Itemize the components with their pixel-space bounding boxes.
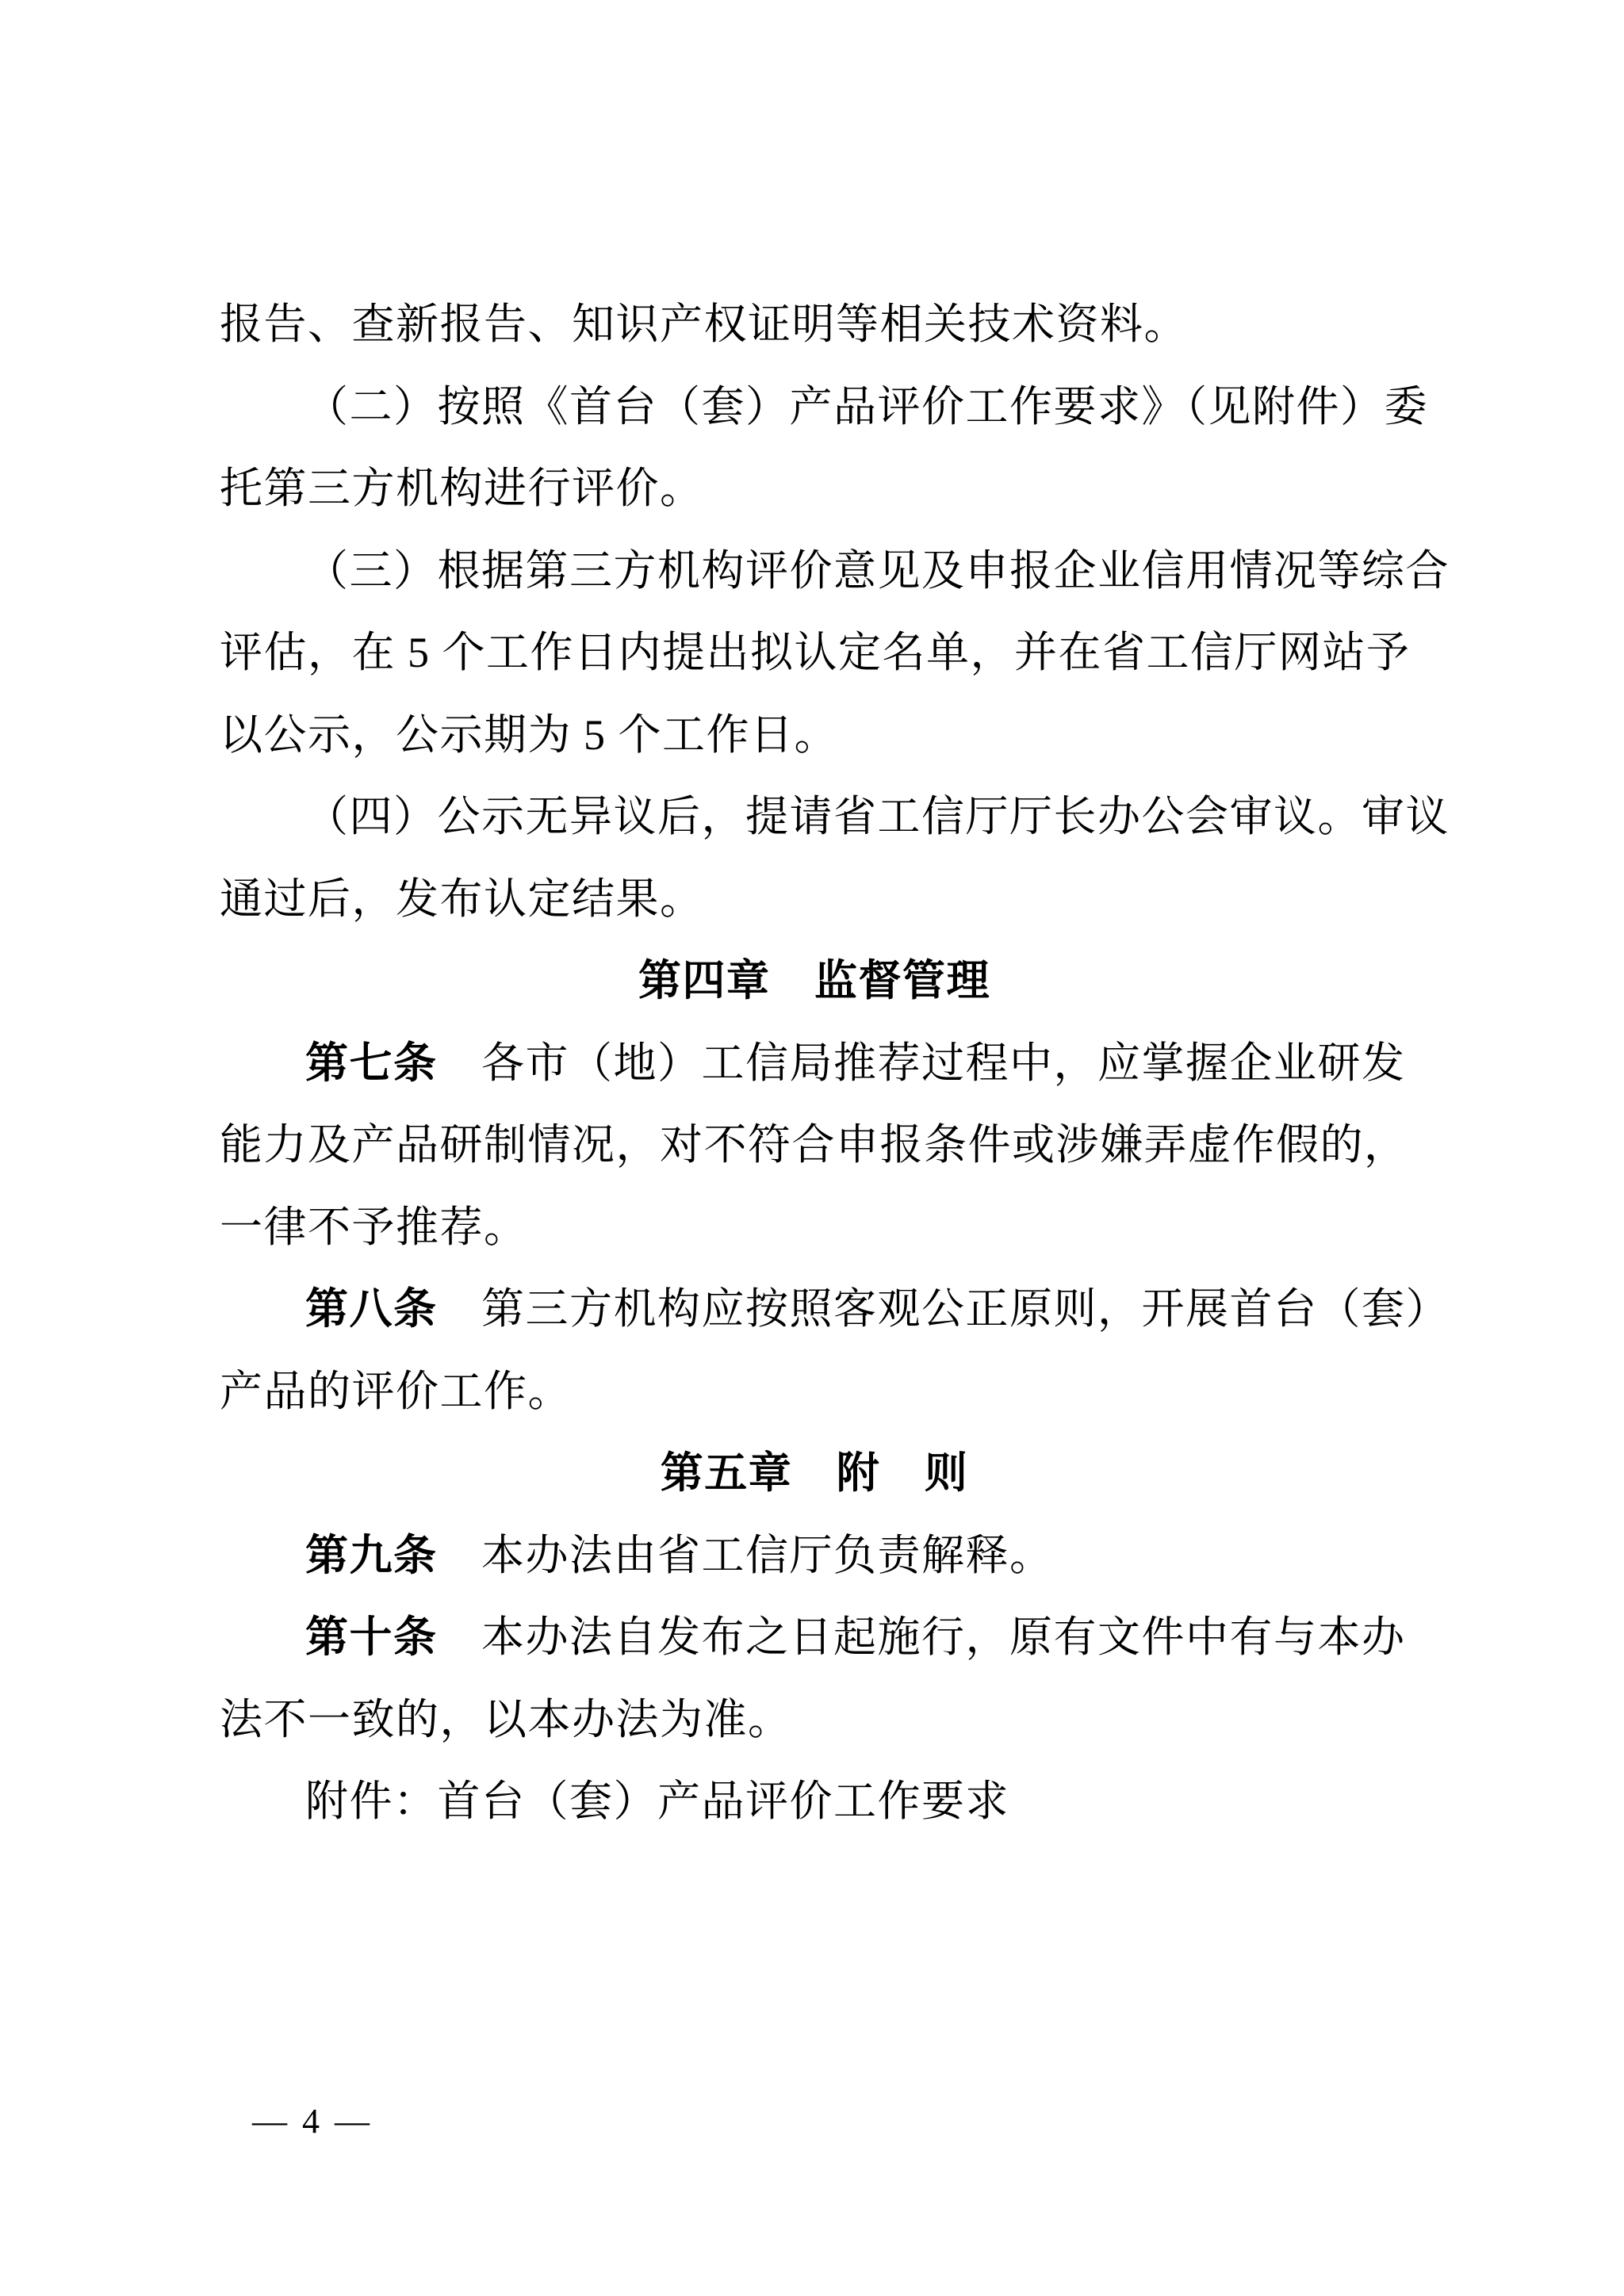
bold-text-segment: 第四章 监督管理 bbox=[638, 957, 990, 1004]
bold-text-segment: 第十条 bbox=[305, 1613, 438, 1661]
text-segment: 通过后，发布认定结果。 bbox=[220, 875, 704, 923]
text-segment: 法不一致的，以本办法为准。 bbox=[220, 1696, 792, 1743]
text-line: 以公示，公示期为 5 个工作日。 bbox=[220, 695, 1409, 777]
text-segment: （二）按照《首台（套）产品评价工作要求》（见附件）委 bbox=[305, 383, 1428, 430]
text-line: 第九条 本办法由省工信厅负责解释。 bbox=[220, 1515, 1409, 1598]
text-segment: 附件：首台（套）产品评价工作要求 bbox=[305, 1777, 1009, 1825]
text-line: 产品的评价工作。 bbox=[220, 1351, 1409, 1433]
document-page: 报告、查新报告、知识产权证明等相关技术资料。（二）按照《首台（套）产品评价工作要… bbox=[0, 0, 1624, 2296]
text-segment: 本办法自发布之日起施行，原有文件中有与本办 bbox=[438, 1613, 1406, 1661]
text-segment: 能力及产品研制情况，对不符合申报条件或涉嫌弄虚作假的， bbox=[220, 1121, 1408, 1169]
text-segment: 评估，在 5 个工作日内提出拟认定名单，并在省工信厅网站予 bbox=[220, 629, 1411, 676]
text-segment: 以公示，公示期为 5 个工作日。 bbox=[220, 711, 838, 759]
bold-text-segment: 第七条 bbox=[305, 1039, 438, 1087]
text-line: 托第三方机构进行评价。 bbox=[220, 448, 1409, 530]
text-line: 法不一致的，以本办法为准。 bbox=[220, 1679, 1409, 1762]
document-body: 报告、查新报告、知识产权证明等相关技术资料。（二）按照《首台（套）产品评价工作要… bbox=[220, 284, 1409, 1843]
text-line: 第十条 本办法自发布之日起施行，原有文件中有与本办 bbox=[220, 1597, 1409, 1679]
text-segment: 本办法由省工信厅负责解释。 bbox=[438, 1532, 1054, 1579]
text-line: 报告、查新报告、知识产权证明等相关技术资料。 bbox=[220, 284, 1409, 366]
text-segment: 报告、查新报告、知识产权证明等相关技术资料。 bbox=[220, 300, 1188, 348]
text-line: （四）公示无异议后，提请省工信厅厅长办公会审议。审议 bbox=[220, 776, 1409, 859]
text-line: 一律不予推荐。 bbox=[220, 1187, 1409, 1269]
text-line: 通过后，发布认定结果。 bbox=[220, 859, 1409, 941]
text-line: 附件：首台（套）产品评价工作要求 bbox=[220, 1761, 1409, 1843]
text-line: （二）按照《首台（套）产品评价工作要求》（见附件）委 bbox=[220, 366, 1409, 449]
text-segment: 产品的评价工作。 bbox=[220, 1368, 572, 1415]
text-segment: 第三方机构应按照客观公正原则，开展首台（套） bbox=[438, 1285, 1450, 1333]
text-line: 第八条 第三方机构应按照客观公正原则，开展首台（套） bbox=[220, 1269, 1409, 1351]
text-segment: 各市（地）工信局推荐过程中，应掌握企业研发 bbox=[438, 1039, 1406, 1087]
chapter-heading: 第四章 监督管理 bbox=[220, 940, 1409, 1023]
text-line: （三）根据第三方机构评价意见及申报企业信用情况等综合 bbox=[220, 530, 1409, 613]
text-segment: （三）根据第三方机构评价意见及申报企业信用情况等综合 bbox=[305, 547, 1450, 595]
bold-text-segment: 第九条 bbox=[305, 1532, 438, 1579]
bold-text-segment: 第八条 bbox=[305, 1285, 438, 1333]
text-segment: （四）公示无异议后，提请省工信厅厅长办公会审议。审议 bbox=[305, 793, 1450, 840]
text-segment: 一律不予推荐。 bbox=[220, 1203, 528, 1251]
text-line: 第七条 各市（地）工信局推荐过程中，应掌握企业研发 bbox=[220, 1023, 1409, 1105]
text-line: 评估，在 5 个工作日内提出拟认定名单，并在省工信厅网站予 bbox=[220, 612, 1409, 695]
text-line: 能力及产品研制情况，对不符合申报条件或涉嫌弄虚作假的， bbox=[220, 1104, 1409, 1187]
page-number: — 4 — bbox=[252, 2098, 373, 2145]
text-segment: 托第三方机构进行评价。 bbox=[220, 465, 704, 512]
bold-text-segment: 第五章 附 则 bbox=[661, 1449, 969, 1497]
chapter-heading: 第五章 附 则 bbox=[220, 1433, 1409, 1515]
